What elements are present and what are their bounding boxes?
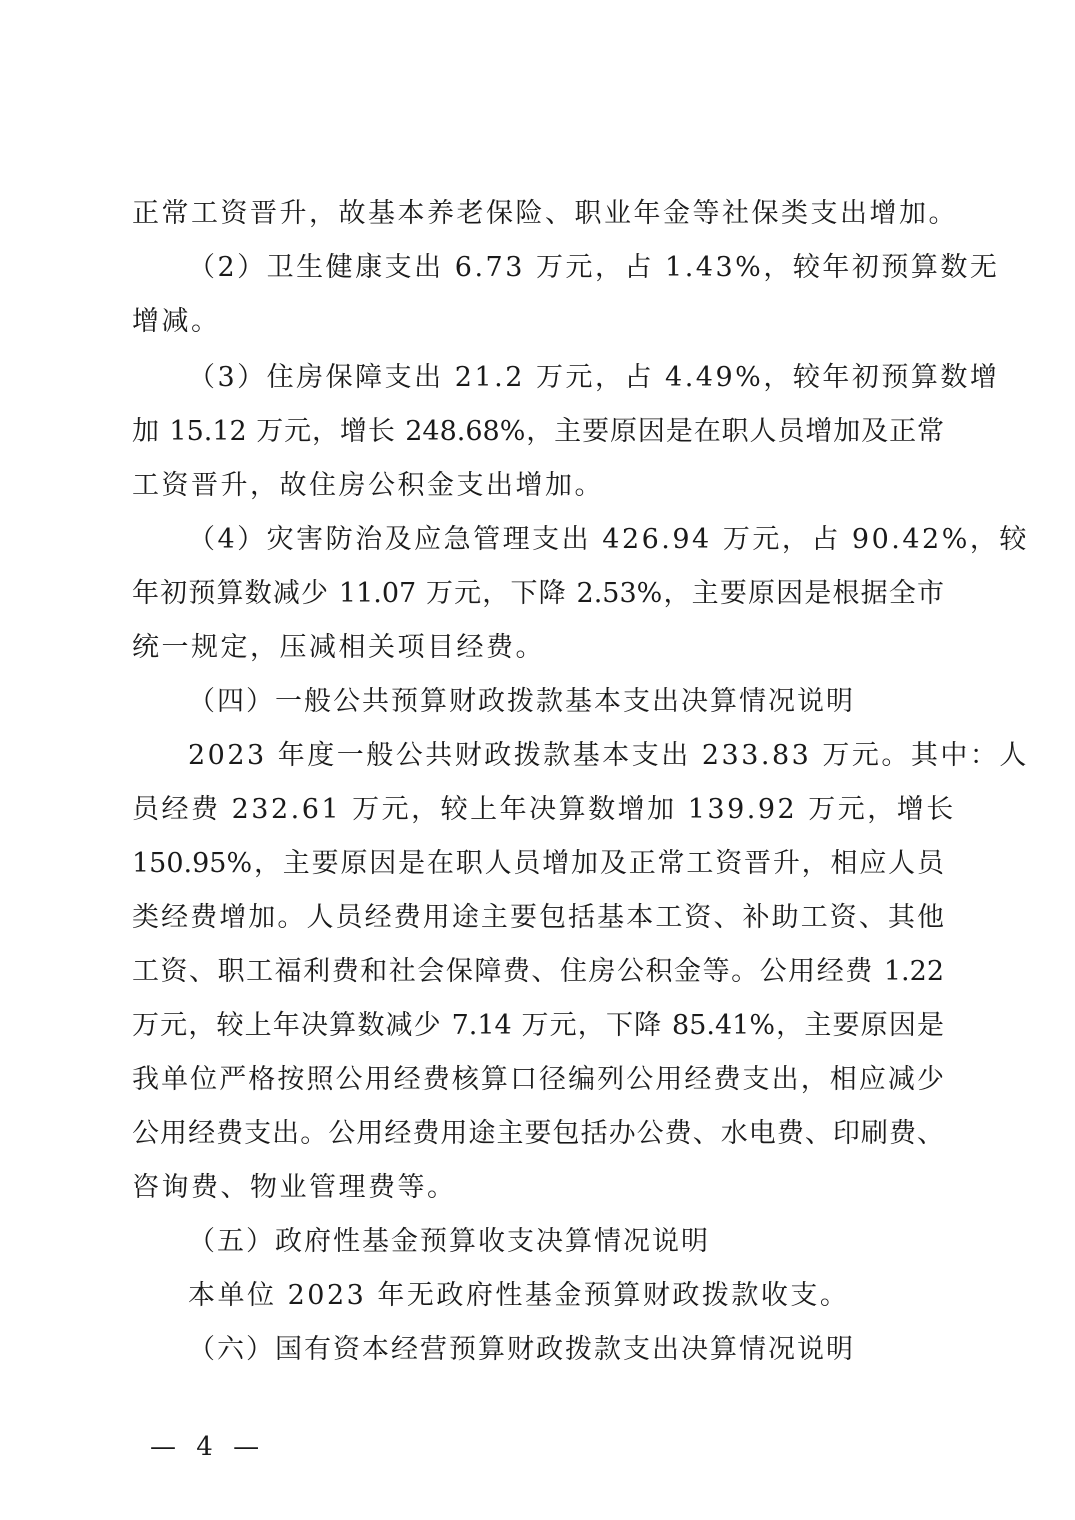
section-heading: （四）一般公共预算财政拨款基本支出决算情况说明	[188, 684, 855, 720]
page-number: — 4 —	[150, 1430, 265, 1464]
paragraph-line: 统一规定，压减相关项目经费。	[132, 630, 545, 666]
paragraph-line: 咨询费、物业管理费等。	[132, 1170, 457, 1206]
paragraph-line: 我单位严格按照公用经费核算口径编列公用经费支出，相应减少	[132, 1062, 944, 1098]
paragraph-line: （4）灾害防治及应急管理支出 426.94 万元，占 90.42%，较	[188, 522, 1029, 558]
section-heading: （六）国有资本经营预算财政拨款支出决算情况说明	[188, 1332, 855, 1368]
paragraph-line: 加 15.12 万元，增长 248.68%，主要原因是在职人员增加及正常	[132, 414, 944, 450]
paragraph-line: （2）卫生健康支出 6.73 万元，占 1.43%，较年初预算数无	[188, 250, 999, 286]
paragraph-line: 增减。	[132, 304, 221, 340]
paragraph-line: 工资晋升，故住房公积金支出增加。	[132, 468, 604, 504]
paragraph-line: 150.95%，主要原因是在职人员增加及正常工资晋升，相应人员	[132, 846, 944, 882]
section-heading: （五）政府性基金预算收支决算情况说明	[188, 1224, 710, 1260]
document-page: 正常工资晋升，故基本养老保险、职业年金等社保类支出增加。（2）卫生健康支出 6.…	[0, 0, 1075, 1520]
paragraph-line: 年初预算数减少 11.07 万元，下降 2.53%，主要原因是根据全市	[132, 576, 944, 612]
paragraph-line: 正常工资晋升，故基本养老保险、职业年金等社保类支出增加。	[132, 196, 958, 232]
paragraph-line: 2023 年度一般公共财政拨款基本支出 233.83 万元。其中：人	[188, 738, 1029, 774]
paragraph-line: （3）住房保障支出 21.2 万元，占 4.49%，较年初预算数增	[188, 360, 999, 396]
paragraph-line: 万元，较上年决算数减少 7.14 万元，下降 85.41%，主要原因是	[132, 1008, 944, 1044]
paragraph-line: 类经费增加。人员经费用途主要包括基本工资、补助工资、其他	[132, 900, 944, 936]
paragraph-line: 本单位 2023 年无政府性基金预算财政拨款收支。	[188, 1278, 849, 1314]
paragraph-line: 员经费 232.61 万元，较上年决算数增加 139.92 万元，增长	[132, 792, 956, 828]
paragraph-line: 工资、职工福利费和社会保障费、住房公积金等。公用经费 1.22	[132, 954, 944, 990]
paragraph-line: 公用经费支出。公用经费用途主要包括办公费、水电费、印刷费、	[132, 1116, 944, 1152]
